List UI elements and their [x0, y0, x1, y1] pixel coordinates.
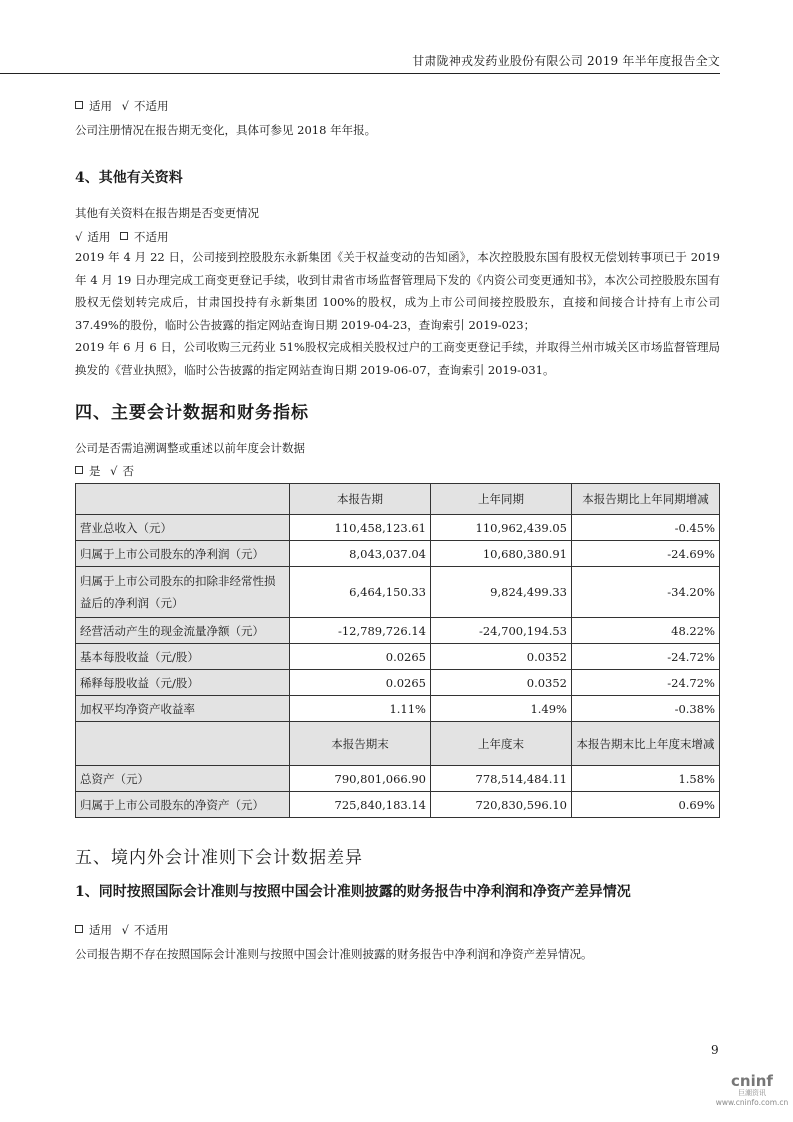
header-cell: 本报告期比上年同期增减	[572, 484, 720, 515]
option-applicable-label: 适用	[89, 923, 112, 937]
logo-chinese-text: 巨潮资讯	[712, 1088, 792, 1098]
header-cell: 上年度末	[431, 722, 572, 766]
row-label: 归属于上市公司股东的净资产（元）	[76, 792, 290, 818]
row-label: 经营活动产生的现金流量净额（元）	[76, 618, 290, 644]
cell-value: 6,464,150.33	[290, 567, 431, 618]
cell-value: -0.45%	[572, 515, 720, 541]
unchecked-box-icon	[75, 101, 83, 109]
cell-value: 0.0352	[431, 644, 572, 670]
row-label: 归属于上市公司股东的净利润（元）	[76, 541, 290, 567]
row-label: 加权平均净资产收益率	[76, 696, 290, 722]
header-cell: 本报告期	[290, 484, 431, 515]
restatement-options: 是 √否	[75, 463, 134, 479]
cell-value: 720,830,596.10	[431, 792, 572, 818]
cell-value: -24,700,194.53	[431, 618, 572, 644]
option-no-label: 否	[122, 464, 134, 478]
header-rule	[0, 73, 720, 74]
key-financial-data-table: 本报告期 上年同期 本报告期比上年同期增减 营业总收入（元） 110,458,1…	[75, 483, 720, 818]
table-row: 基本每股收益（元/股） 0.0265 0.0352 -24.72%	[76, 644, 720, 670]
table-header-row: 本报告期末 上年度末 本报告期末比上年度末增减	[76, 722, 720, 766]
cell-value: -12,789,726.14	[290, 618, 431, 644]
cell-value: 0.0265	[290, 644, 431, 670]
cell-value: -0.38%	[572, 696, 720, 722]
option-not-applicable-label: 不适用	[134, 923, 169, 937]
unchecked-box-icon	[75, 925, 83, 933]
option-yes-label: 是	[89, 464, 101, 478]
document-header-title: 甘肃陇神戎发药业股份有限公司 2019 年半年度报告全文	[412, 52, 720, 69]
page-number: 9	[711, 1043, 719, 1057]
checkmark-icon: √	[110, 464, 117, 478]
unchecked-box-icon	[120, 232, 128, 240]
unchecked-box-icon	[75, 466, 83, 474]
section-four-question: 公司是否需追溯调整或重述以前年度会计数据	[75, 440, 305, 456]
table-row: 稀释每股收益（元/股） 0.0265 0.0352 -24.72%	[76, 670, 720, 696]
section-4-question: 其他有关资料在报告期是否变更情况	[75, 205, 259, 221]
cell-value: 725,840,183.14	[290, 792, 431, 818]
header-cell: 上年同期	[431, 484, 572, 515]
table-row: 经营活动产生的现金流量净额（元） -12,789,726.14 -24,700,…	[76, 618, 720, 644]
reg-text: 公司注册情况在报告期无变化，具体可参见 2018 年年报。	[75, 122, 376, 138]
section-4-paragraph-1: 2019 年 4 月 22 日，公司接到控股股东永新集团《关于权益变动的告知函》…	[75, 246, 720, 336]
cell-value: 1.11%	[290, 696, 431, 722]
checkmark-icon: √	[122, 99, 129, 113]
cell-value: 778,514,484.11	[431, 766, 572, 792]
cell-value: 8,043,037.04	[290, 541, 431, 567]
section-five-text: 公司报告期不存在按照国际会计准则与按照中国会计准则披露的财务报告中净利润和净资产…	[75, 946, 593, 962]
table-row: 归属于上市公司股东的扣除非经常性损益后的净利润（元） 6,464,150.33 …	[76, 567, 720, 618]
checkmark-icon: √	[122, 923, 129, 937]
cell-value: 1.58%	[572, 766, 720, 792]
cell-value: -24.72%	[572, 644, 720, 670]
cninfo-logo: cninf 巨潮资讯 www.cninfo.com.cn	[712, 1072, 792, 1107]
header-cell	[76, 484, 290, 515]
option-not-applicable-label: 不适用	[134, 230, 169, 244]
section-four-heading: 四、主要会计数据和财务指标	[75, 398, 309, 423]
option-applicable-label: 适用	[89, 99, 112, 113]
section-five-heading: 五、境内外会计准则下会计数据差异	[75, 843, 363, 868]
cell-value: 0.69%	[572, 792, 720, 818]
cell-value: 10,680,380.91	[431, 541, 572, 567]
table-row: 加权平均净资产收益率 1.11% 1.49% -0.38%	[76, 696, 720, 722]
cell-value: -24.69%	[572, 541, 720, 567]
cell-value: 48.22%	[572, 618, 720, 644]
table-row: 归属于上市公司股东的净资产（元） 725,840,183.14 720,830,…	[76, 792, 720, 818]
table-row: 营业总收入（元） 110,458,123.61 110,962,439.05 -…	[76, 515, 720, 541]
header-cell: 本报告期末比上年度末增减	[572, 722, 720, 766]
cell-value: 0.0265	[290, 670, 431, 696]
header-cell	[76, 722, 290, 766]
cell-value: -24.72%	[572, 670, 720, 696]
reg-applicability-options: 适用 √不适用	[75, 98, 168, 114]
cell-value: 110,458,123.61	[290, 515, 431, 541]
row-label: 稀释每股收益（元/股）	[76, 670, 290, 696]
cell-value: 0.0352	[431, 670, 572, 696]
cell-value: 9,824,499.33	[431, 567, 572, 618]
table-header-row: 本报告期 上年同期 本报告期比上年同期增减	[76, 484, 720, 515]
section-4-heading: 4、其他有关资料	[75, 167, 183, 187]
option-applicable-label: 适用	[87, 230, 110, 244]
section-five-subheading: 1、同时按照国际会计准则与按照中国会计准则披露的财务报告中净利润和净资产差异情况	[75, 881, 631, 901]
cell-value: -34.20%	[572, 567, 720, 618]
header-cell: 本报告期末	[290, 722, 431, 766]
checkmark-icon: √	[75, 230, 82, 244]
cell-value: 1.49%	[431, 696, 572, 722]
row-label: 总资产（元）	[76, 766, 290, 792]
row-label: 营业总收入（元）	[76, 515, 290, 541]
table-row: 归属于上市公司股东的净利润（元） 8,043,037.04 10,680,380…	[76, 541, 720, 567]
cell-value: 110,962,439.05	[431, 515, 572, 541]
section-five-applicability-options: 适用 √不适用	[75, 922, 168, 938]
row-label: 基本每股收益（元/股）	[76, 644, 290, 670]
cell-value: 790,801,066.90	[290, 766, 431, 792]
logo-url-text: www.cninfo.com.cn	[712, 1098, 792, 1107]
section-4-paragraph-2: 2019 年 6 月 6 日，公司收购三元药业 51%股权完成相关股权过户的工商…	[75, 336, 720, 381]
section-4-applicability-options: √适用 不适用	[75, 229, 168, 245]
table-row: 总资产（元） 790,801,066.90 778,514,484.11 1.5…	[76, 766, 720, 792]
row-label: 归属于上市公司股东的扣除非经常性损益后的净利润（元）	[76, 567, 290, 618]
option-not-applicable-label: 不适用	[134, 99, 169, 113]
